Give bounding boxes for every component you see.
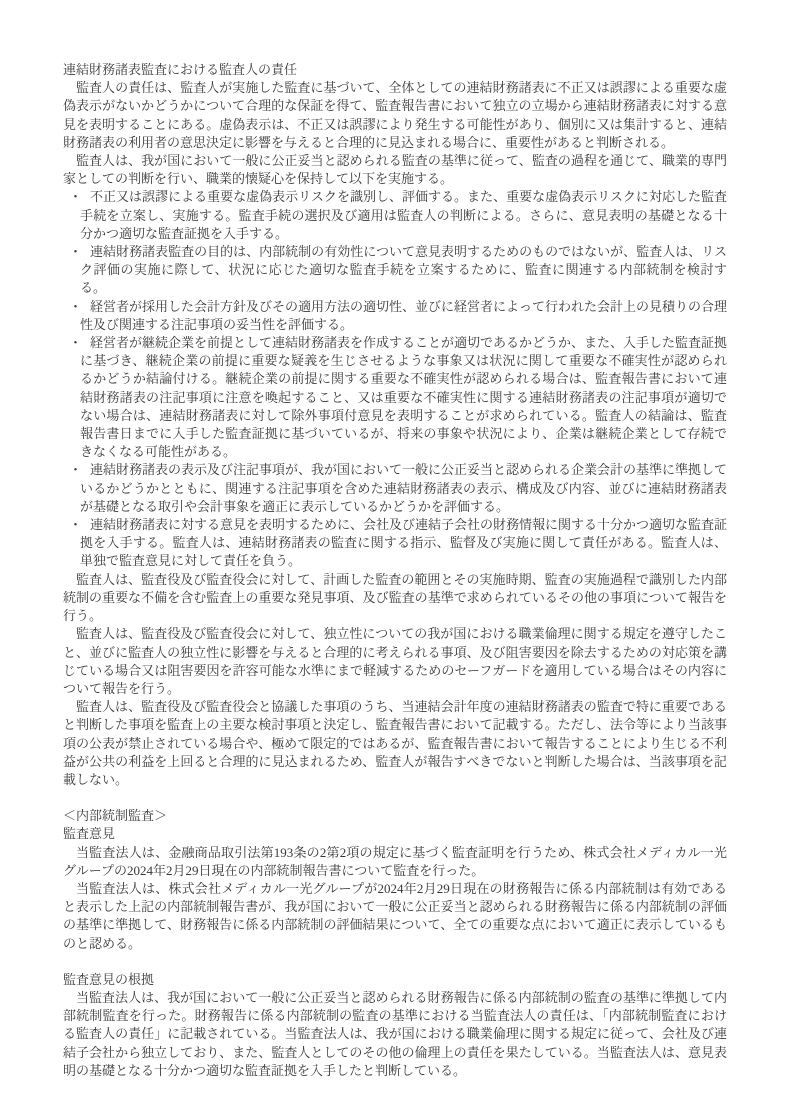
bullet-item-going-concern: ・経営者が継続企業を前提として連結財務諸表を作成することが適切であるかどうか、ま… <box>63 334 727 461</box>
paragraph-auditor-responsibility: 監査人の責任は、監査人が実施した監査に基づいて、全体としての連結財務諸表に不正又… <box>63 79 727 152</box>
bullet-text: 連結財務諸表に対する意見を表明するために、会社及び連結子会社の財務情報に関する十… <box>80 517 727 568</box>
bullet-text: 連結財務諸表の表示及び注記事項が、我が国において一般に公正妥当と認められる企業会… <box>80 462 727 513</box>
subsection-heading-audit-opinion: 監査意見 <box>63 825 727 843</box>
bullet-item-accounting-policies: ・経営者が採用した会計方針及びその適用方法の適切性、並びに経営者によって行われた… <box>63 298 727 334</box>
section-heading-auditor-responsibility: 連結財務諸表監査における監査人の責任 <box>63 61 727 79</box>
bullet-text: 不正又は誤謬による重要な虚偽表示リスクを識別し、評価する。また、重要な虚偽表示リ… <box>80 189 727 240</box>
paragraph-report-to-corporate-auditors: 監査人は、監査役及び監査役会に対して、計画した監査の範囲とその実施時期、監査の実… <box>63 571 727 626</box>
bullet-item-presentation-evaluation: ・連結財務諸表の表示及び注記事項が、我が国において一般に公正妥当と認められる企業… <box>63 461 727 516</box>
paragraph-basis-for-opinion: 当監査法人は、我が国において一般に公正妥当と認められる財務報告に係る内部統制の監… <box>63 989 727 1080</box>
bullet-text: 経営者が採用した会計方針及びその適用方法の適切性、並びに経営者によって行われた会… <box>80 299 727 332</box>
bullet-marker: ・ <box>69 188 82 206</box>
bullet-text: 経営者が継続企業を前提として連結財務諸表を作成することが適切であるかどうか、また… <box>80 335 727 459</box>
bullet-marker: ・ <box>69 243 82 261</box>
bullet-marker: ・ <box>69 516 82 534</box>
paragraph-internal-control-opinion-2: 当監査法人は、株式会社メディカル一光グループが2024年2月29日現在の財務報告… <box>63 880 727 953</box>
paragraph-independence-communication: 監査人は、監査役及び監査役会に対して、独立性についての我が国における職業倫理に関… <box>63 625 727 698</box>
bullet-item-risk-assessment: ・不正又は誤謬による重要な虚偽表示リスクを識別し、評価する。また、重要な虚偽表示… <box>63 188 727 243</box>
bullet-marker: ・ <box>69 461 82 479</box>
bullet-text: 連結財務諸表監査の目的は、内部統制の有効性について意見表明するためのものではない… <box>80 244 727 295</box>
bullet-item-internal-control-consideration: ・連結財務諸表監査の目的は、内部統制の有効性について意見表明するためのものではな… <box>63 243 727 298</box>
document-body: 連結財務諸表監査における監査人の責任 監査人の責任は、監査人が実施した監査に基づ… <box>63 61 727 1080</box>
bullet-item-group-audit-evidence: ・連結財務諸表に対する意見を表明するために、会社及び連結子会社の財務情報に関する… <box>63 516 727 571</box>
paragraph-key-audit-matters: 監査人は、監査役及び監査役会と協議した事項のうち、当連結会計年度の連結財務諸表の… <box>63 698 727 789</box>
bullet-marker: ・ <box>69 298 82 316</box>
subsection-heading-basis-for-opinion: 監査意見の根拠 <box>63 971 727 989</box>
paragraph-internal-control-opinion-1: 当監査法人は、金融商品取引法第193条の2第2項の規定に基づく監査証明を行うため… <box>63 844 727 880</box>
paragraph-audit-standards: 監査人は、我が国において一般に公正妥当と認められる監査の基準に従って、監査の過程… <box>63 152 727 188</box>
section-heading-internal-control-audit: ＜内部統制監査＞ <box>63 807 727 825</box>
page: { "page": { "background": "#ffffff", "te… <box>0 0 790 1118</box>
bullet-marker: ・ <box>69 334 82 352</box>
bullet-list-audit-procedures: ・不正又は誤謬による重要な虚偽表示リスクを識別し、評価する。また、重要な虚偽表示… <box>63 188 727 570</box>
